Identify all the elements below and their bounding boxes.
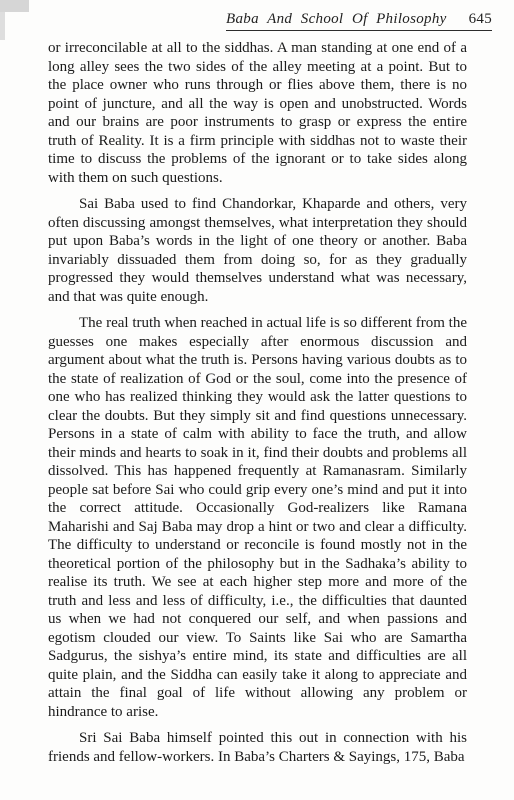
body-paragraph: or irreconcilable at all to the siddhas.… xyxy=(48,39,467,187)
scan-artifact-corner xyxy=(0,0,29,12)
body-paragraph: The real truth when reached in actual li… xyxy=(48,314,467,721)
page-body: or irreconcilable at all to the siddhas.… xyxy=(48,39,467,774)
book-page: Baba And School Of Philosophy645 or irre… xyxy=(0,0,514,800)
body-paragraph: Sri Sai Baba himself pointed this out in… xyxy=(48,729,467,766)
header-title: Baba And School Of Philosophy xyxy=(226,11,447,27)
running-header: Baba And School Of Philosophy645 xyxy=(226,11,492,31)
body-paragraph: Sai Baba used to find Chandorkar, Khapar… xyxy=(48,195,467,306)
page-number: 645 xyxy=(469,11,492,27)
